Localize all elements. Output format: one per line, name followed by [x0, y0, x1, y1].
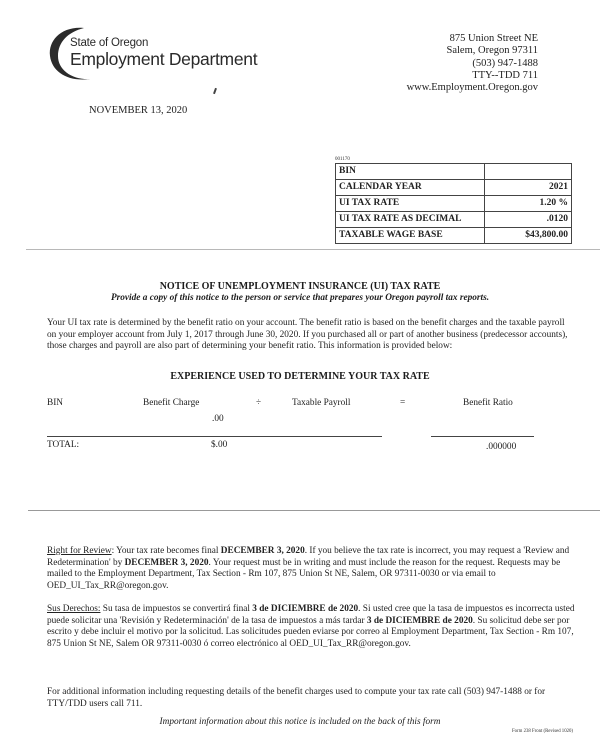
- address-city: Salem, Oregon 97311: [407, 45, 538, 57]
- back-of-form-note: Important information about this notice …: [0, 717, 600, 727]
- total-label: TOTAL:: [47, 440, 79, 450]
- tax-info-label: UI TAX RATE: [336, 196, 485, 212]
- divider: [26, 249, 600, 250]
- address-phone: (503) 947-1488: [407, 58, 538, 70]
- total-benefit-ratio: .000000: [486, 442, 516, 452]
- agency-address: 875 Union Street NE Salem, Oregon 97311 …: [407, 33, 538, 94]
- tax-info-row: BIN: [336, 164, 572, 180]
- logo-department-text: Employment Department: [70, 49, 257, 70]
- tax-info-value: $43,800.00: [485, 228, 572, 244]
- derechos-deadline: 3 de DICIEMBRE de 2020: [367, 616, 473, 626]
- review-deadline: DECEMBER 3, 2020: [125, 558, 209, 568]
- form-id: Form 238 Front (Revised 1020): [512, 729, 573, 734]
- tax-info-label: CALENDAR YEAR: [336, 180, 485, 196]
- total-rule: [47, 436, 382, 437]
- ratio-rule: [431, 436, 534, 437]
- col-benefit-ratio: Benefit Ratio: [463, 398, 513, 408]
- tax-info-value: .0120: [485, 212, 572, 228]
- notice-title: NOTICE OF UNEMPLOYMENT INSURANCE (UI) TA…: [0, 281, 600, 292]
- address-tty: TTY--TDD 711: [407, 70, 538, 82]
- tax-info-row: CALENDAR YEAR2021: [336, 180, 572, 196]
- col-taxable-payroll: Taxable Payroll: [292, 398, 350, 408]
- address-website: www.Employment.Oregon.gov: [407, 82, 538, 94]
- total-benefit-charge: $.00: [211, 440, 227, 450]
- tax-info-label: UI TAX RATE AS DECIMAL: [336, 212, 485, 228]
- col-bin: BIN: [47, 398, 63, 408]
- review-heading: Right for Review: [47, 546, 112, 556]
- right-for-review-paragraph: Right for Review: Your tax rate becomes …: [47, 546, 575, 592]
- derechos-heading: Sus Derechos:: [47, 604, 100, 614]
- notice-subtitle: Provide a copy of this notice to the per…: [0, 293, 600, 303]
- tax-info-value: 2021: [485, 180, 572, 196]
- intro-paragraph: Your UI tax rate is determined by the be…: [47, 318, 575, 353]
- sus-derechos-paragraph: Sus Derechos: Su tasa de impuestos se co…: [47, 604, 575, 650]
- derechos-final-date: 3 de DICIEMBRE de 2020: [252, 604, 358, 614]
- tax-info-value: 1.20 %: [485, 196, 572, 212]
- review-text: : Your tax rate becomes final: [112, 546, 221, 556]
- derechos-text: Su tasa de impuestos se convertirá final: [100, 604, 252, 614]
- experience-title: EXPERIENCE USED TO DETERMINE YOUR TAX RA…: [0, 371, 600, 382]
- tax-info-label: TAXABLE WAGE BASE: [336, 228, 485, 244]
- tax-info-value: [485, 164, 572, 180]
- tax-info-table: BINCALENDAR YEAR2021UI TAX RATE1.20 %UI …: [335, 163, 572, 244]
- tax-info-label: BIN: [336, 164, 485, 180]
- scan-mark: [213, 88, 217, 94]
- tax-info-row: TAXABLE WAGE BASE$43,800.00: [336, 228, 572, 244]
- divider: [28, 510, 600, 511]
- logo-state-text: State of Oregon: [70, 37, 148, 49]
- tax-info-row: UI TAX RATE1.20 %: [336, 196, 572, 212]
- col-benefit-charge: Benefit Charge: [143, 398, 199, 408]
- divide-symbol: ÷: [256, 398, 261, 408]
- review-final-date: DECEMBER 3, 2020: [221, 546, 305, 556]
- address-street: 875 Union Street NE: [407, 33, 538, 45]
- benefit-charge-value: .00: [212, 414, 224, 424]
- tax-info-row: UI TAX RATE AS DECIMAL.0120: [336, 212, 572, 228]
- notice-date: NOVEMBER 13, 2020: [89, 105, 187, 116]
- equals-symbol: =: [400, 398, 405, 408]
- additional-info-paragraph: For additional information including req…: [47, 687, 575, 710]
- reference-number: 001170: [335, 157, 350, 162]
